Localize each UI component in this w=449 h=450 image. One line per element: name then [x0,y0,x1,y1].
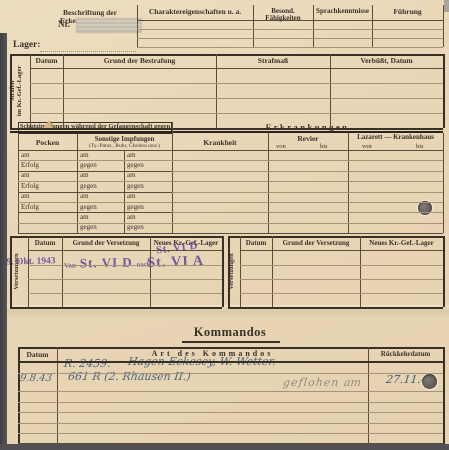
impfungen-cell: am [127,172,169,179]
kommandos-col-rueckkehr: Rückkehrdatum [368,351,443,358]
grid-line [18,223,443,224]
grid-line [228,236,443,238]
strafen-side-line2: im Kr.-Gef.-Lager [16,66,23,116]
strafen-col-strafmass: Strafmaß [216,57,330,65]
grid-line [330,54,331,128]
grid-line [18,391,443,392]
grid-line [240,236,241,307]
strafen-col-verbuesst: Verbüßt, Datum [330,57,443,65]
grid-line [172,192,443,193]
grid-line [137,5,138,47]
impfungen-cell: Erfolg [21,183,75,190]
grid-line [268,133,269,233]
grid-line [18,133,19,233]
grid-line [443,5,444,47]
strafen-side-label: Strafen im Kr.-Gef.-Lager [10,54,30,128]
grid-line [348,133,349,233]
kommandos-title: Kommandos [180,326,280,339]
pencil-note-geflohen: geflohen [282,377,340,388]
grid-line [240,265,443,266]
grid-line [28,279,222,280]
grid-line [10,307,222,309]
grid-line [18,412,443,413]
grid-line [28,250,222,251]
kommandos-col-datum: Datum [18,351,57,359]
impfungen-cell: am [80,152,122,159]
grid-line [150,236,151,307]
grid-line [18,160,443,161]
versetzungen-right-col-datum: Datum [240,240,272,247]
impfungen-cell: am [21,152,75,159]
grid-line [28,236,29,307]
grid-line [18,423,443,424]
grid-line [30,54,31,128]
grid-line [443,347,445,444]
scan-edge-bottom [0,444,449,450]
strafen-col-grund: Grund der Bestrafung [63,57,216,65]
versetzungen-side-label-left: Versetzungen [14,236,25,307]
grid-line [10,128,443,130]
grid-line [18,347,443,349]
lager-label: Lager: [13,41,43,51]
erkrankungen-col-lazarett: Lazarett — Krankenhaus [348,134,443,141]
impfungen-cell: Erfolg [21,162,75,169]
grid-line [18,373,443,374]
nr-label: Nr. [58,20,76,29]
impfungen-cell: gegen [80,183,122,190]
grid-line [137,20,443,21]
grid-line [62,236,63,307]
versetzungen-left-col-datum: Datum [28,240,62,247]
grid-line [253,5,254,47]
grid-line [18,171,172,172]
impfungen-col-sonstige-sub: (Ty.-Parat., Ruhr, Cholera usw.) [77,144,172,150]
impfungen-cell: am [127,193,169,200]
traits-col-fuehrung: Führung [372,8,443,16]
scan-edge-corner [444,0,449,12]
grid-line [443,236,445,307]
impfungen-cell: am [21,172,75,179]
grid-line [30,83,443,84]
grid-line [28,293,222,294]
grid-line [18,202,443,203]
grid-line [182,341,280,343]
grid-line [313,5,314,47]
impfungen-cell: gegen [127,204,169,211]
grid-line [240,250,443,251]
grid-line [10,54,443,56]
grid-line [372,5,373,47]
grid-line [240,293,443,294]
versetzungen-side-label-right: Versetzungen [229,236,240,307]
grid-line [18,433,443,434]
grid-line [10,236,12,307]
versetzungen-left-col-grund: Grund der Versetzung [62,240,150,247]
versetzungen-right-col-neues: Neues Kr.-Gef.-Lager [360,240,443,247]
grid-line [172,212,443,213]
impfungen-cell: am [80,193,122,200]
grid-line [222,236,224,307]
stamp-from-camp: St. VI D [80,255,133,271]
grid-line [18,402,443,403]
stamp-to-camp: St. VI A [147,253,205,272]
impfungen-cell: am [127,152,169,159]
grid-line [172,122,173,233]
strafen-col-datum: Datum [30,57,63,65]
impfungen-cell: am [127,214,169,221]
grid-line [10,236,222,238]
impfungen-cell: gegen [80,162,122,169]
erkrankungen-col-revier: Revier [268,135,348,143]
grid-line [18,443,443,444]
grid-line [18,150,443,151]
erkrankungen-col-krankheit: Krankheit [172,139,268,147]
kommando-entry1-number: R. 2459. [63,358,111,369]
grid-line [137,38,443,39]
impfungen-cell: am [80,172,122,179]
versetzungen-right-col-grund: Grund der Versetzung [272,240,360,247]
transfer-von-nach-stamp: Von St. VI D nach [64,253,150,273]
impfungen-cell: gegen [80,204,122,211]
grid-line [77,133,78,233]
traits-col-charakter: Charaktereigenschaften u. a. [139,8,251,16]
impfungen-cell: gegen [80,224,122,231]
grid-line [18,212,172,213]
grid-line [30,98,443,99]
grid-line [443,133,444,233]
grid-line [18,181,443,182]
grid-line [137,47,443,48]
grid-line [272,236,273,307]
grid-line [30,113,443,114]
punch-hole-bottom [422,374,437,389]
impfungen-cell: Erfolg [21,204,75,211]
redacted-id-number [76,18,142,33]
kommando-entry2-date: 9.8.43 [19,374,52,384]
grid-line [443,54,445,128]
grid-line [216,54,217,128]
impfungen-cell: gegen [127,224,169,231]
grid-line [30,68,443,69]
impfungen-cell: gegen [127,162,169,169]
pencil-note-am: am [343,377,361,388]
grid-line [28,265,222,266]
grid-line [360,236,361,307]
grid-line [18,361,443,363]
grid-line [10,54,12,128]
impfungen-col-pocken: Pocken [18,139,77,147]
traits-col-sprachen: Sprachkenntnisse [313,8,372,15]
grid-line [10,131,443,134]
grid-line [137,29,443,30]
grid-line [228,236,230,307]
lager-blank-line [40,42,136,52]
grid-line [172,171,443,172]
pow-record-card: Beschriftung der Erkennungsmarke Nr. Lag… [0,0,449,450]
impfungen-cell: gegen [127,183,169,190]
grid-line [228,307,443,309]
grid-line [63,54,64,128]
grid-line [18,192,172,193]
impfungen-cell: am [21,193,75,200]
scan-edge-left [0,33,7,450]
grid-line [18,233,443,234]
grid-line [240,279,443,280]
impfungen-cell: am [80,214,122,221]
